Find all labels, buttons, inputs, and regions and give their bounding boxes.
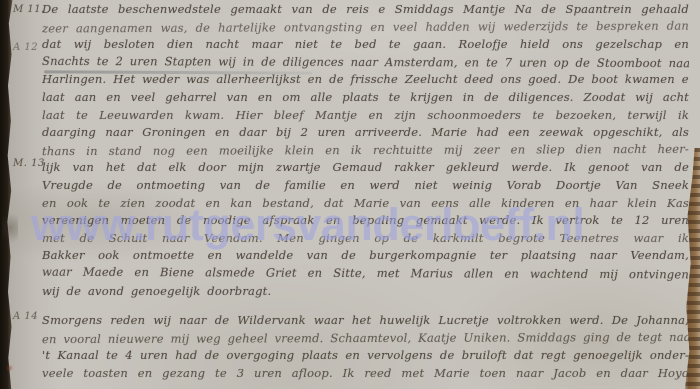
text-line: veele toasten en gezang te 3 uren afloop… [42,365,689,383]
text-line: Bakker ook ontmoette en wandelde van de … [42,247,689,265]
text-line: wij de avond genoegelijk doorbragt. [42,283,689,301]
text-line: laat te Leeuwarden kwam. Hier bleef Mant… [42,107,689,125]
handwritten-text-block: De laatste beschenwedstele gemaakt van d… [42,1,689,382]
text-line: Smorgens reden wij naar de Wildervank wa… [42,312,689,330]
text-line: laat aan en veel geharrel van en om alle… [42,89,689,107]
text-line: De laatste beschenwedstele gemaakt van d… [42,1,689,19]
text-line: zeer aangenamen was, de hartelijke ontva… [42,17,689,37]
red-spot-stain [5,365,14,371]
text-line: met de Schuit naar Veendam. Men gingen o… [42,230,689,248]
text-line: thans in stand nog een moeilijke klein e… [42,141,689,161]
text-line: Harlingen. Het weder was allerheerlijkst… [42,71,689,89]
manuscript-page: M 11. A 12 M. 13 A 14 De laatste beschen… [0,0,700,389]
margin-date-m11: M 11. [13,4,43,15]
text-line: lijk van het dat elk door mijn zwartje G… [42,159,689,177]
text-line: dat wij besloten dien nacht maar niet te… [42,36,689,54]
text-line: en vooral nieuwere mij weg geheel vreemd… [42,329,689,349]
text-line: Vreugde de ontmoeting van de familie en … [42,177,689,195]
margin-date-a12: A 12 [13,42,43,53]
ink-stain [2,208,18,248]
text-line: waar Maede en Biene alsmede Griet en Sit… [42,263,689,283]
text-line: Snachts te 2 uren Stapten wij in de dili… [42,53,689,73]
text-line: en ook te zien zoodat en kan bestand, da… [42,195,689,213]
margin-date-a14: A 14 [13,311,43,322]
text-line: vereenigen moeten de noodige afspraak en… [42,212,689,230]
book-binding-edge [0,0,16,389]
margin-date-m13: M. 13 [13,158,43,169]
text-line: daarging naar Groningen en daar bij 2 ur… [42,124,689,142]
text-line: 't Kanaal te 4 uren had de overgoging pl… [42,347,689,365]
